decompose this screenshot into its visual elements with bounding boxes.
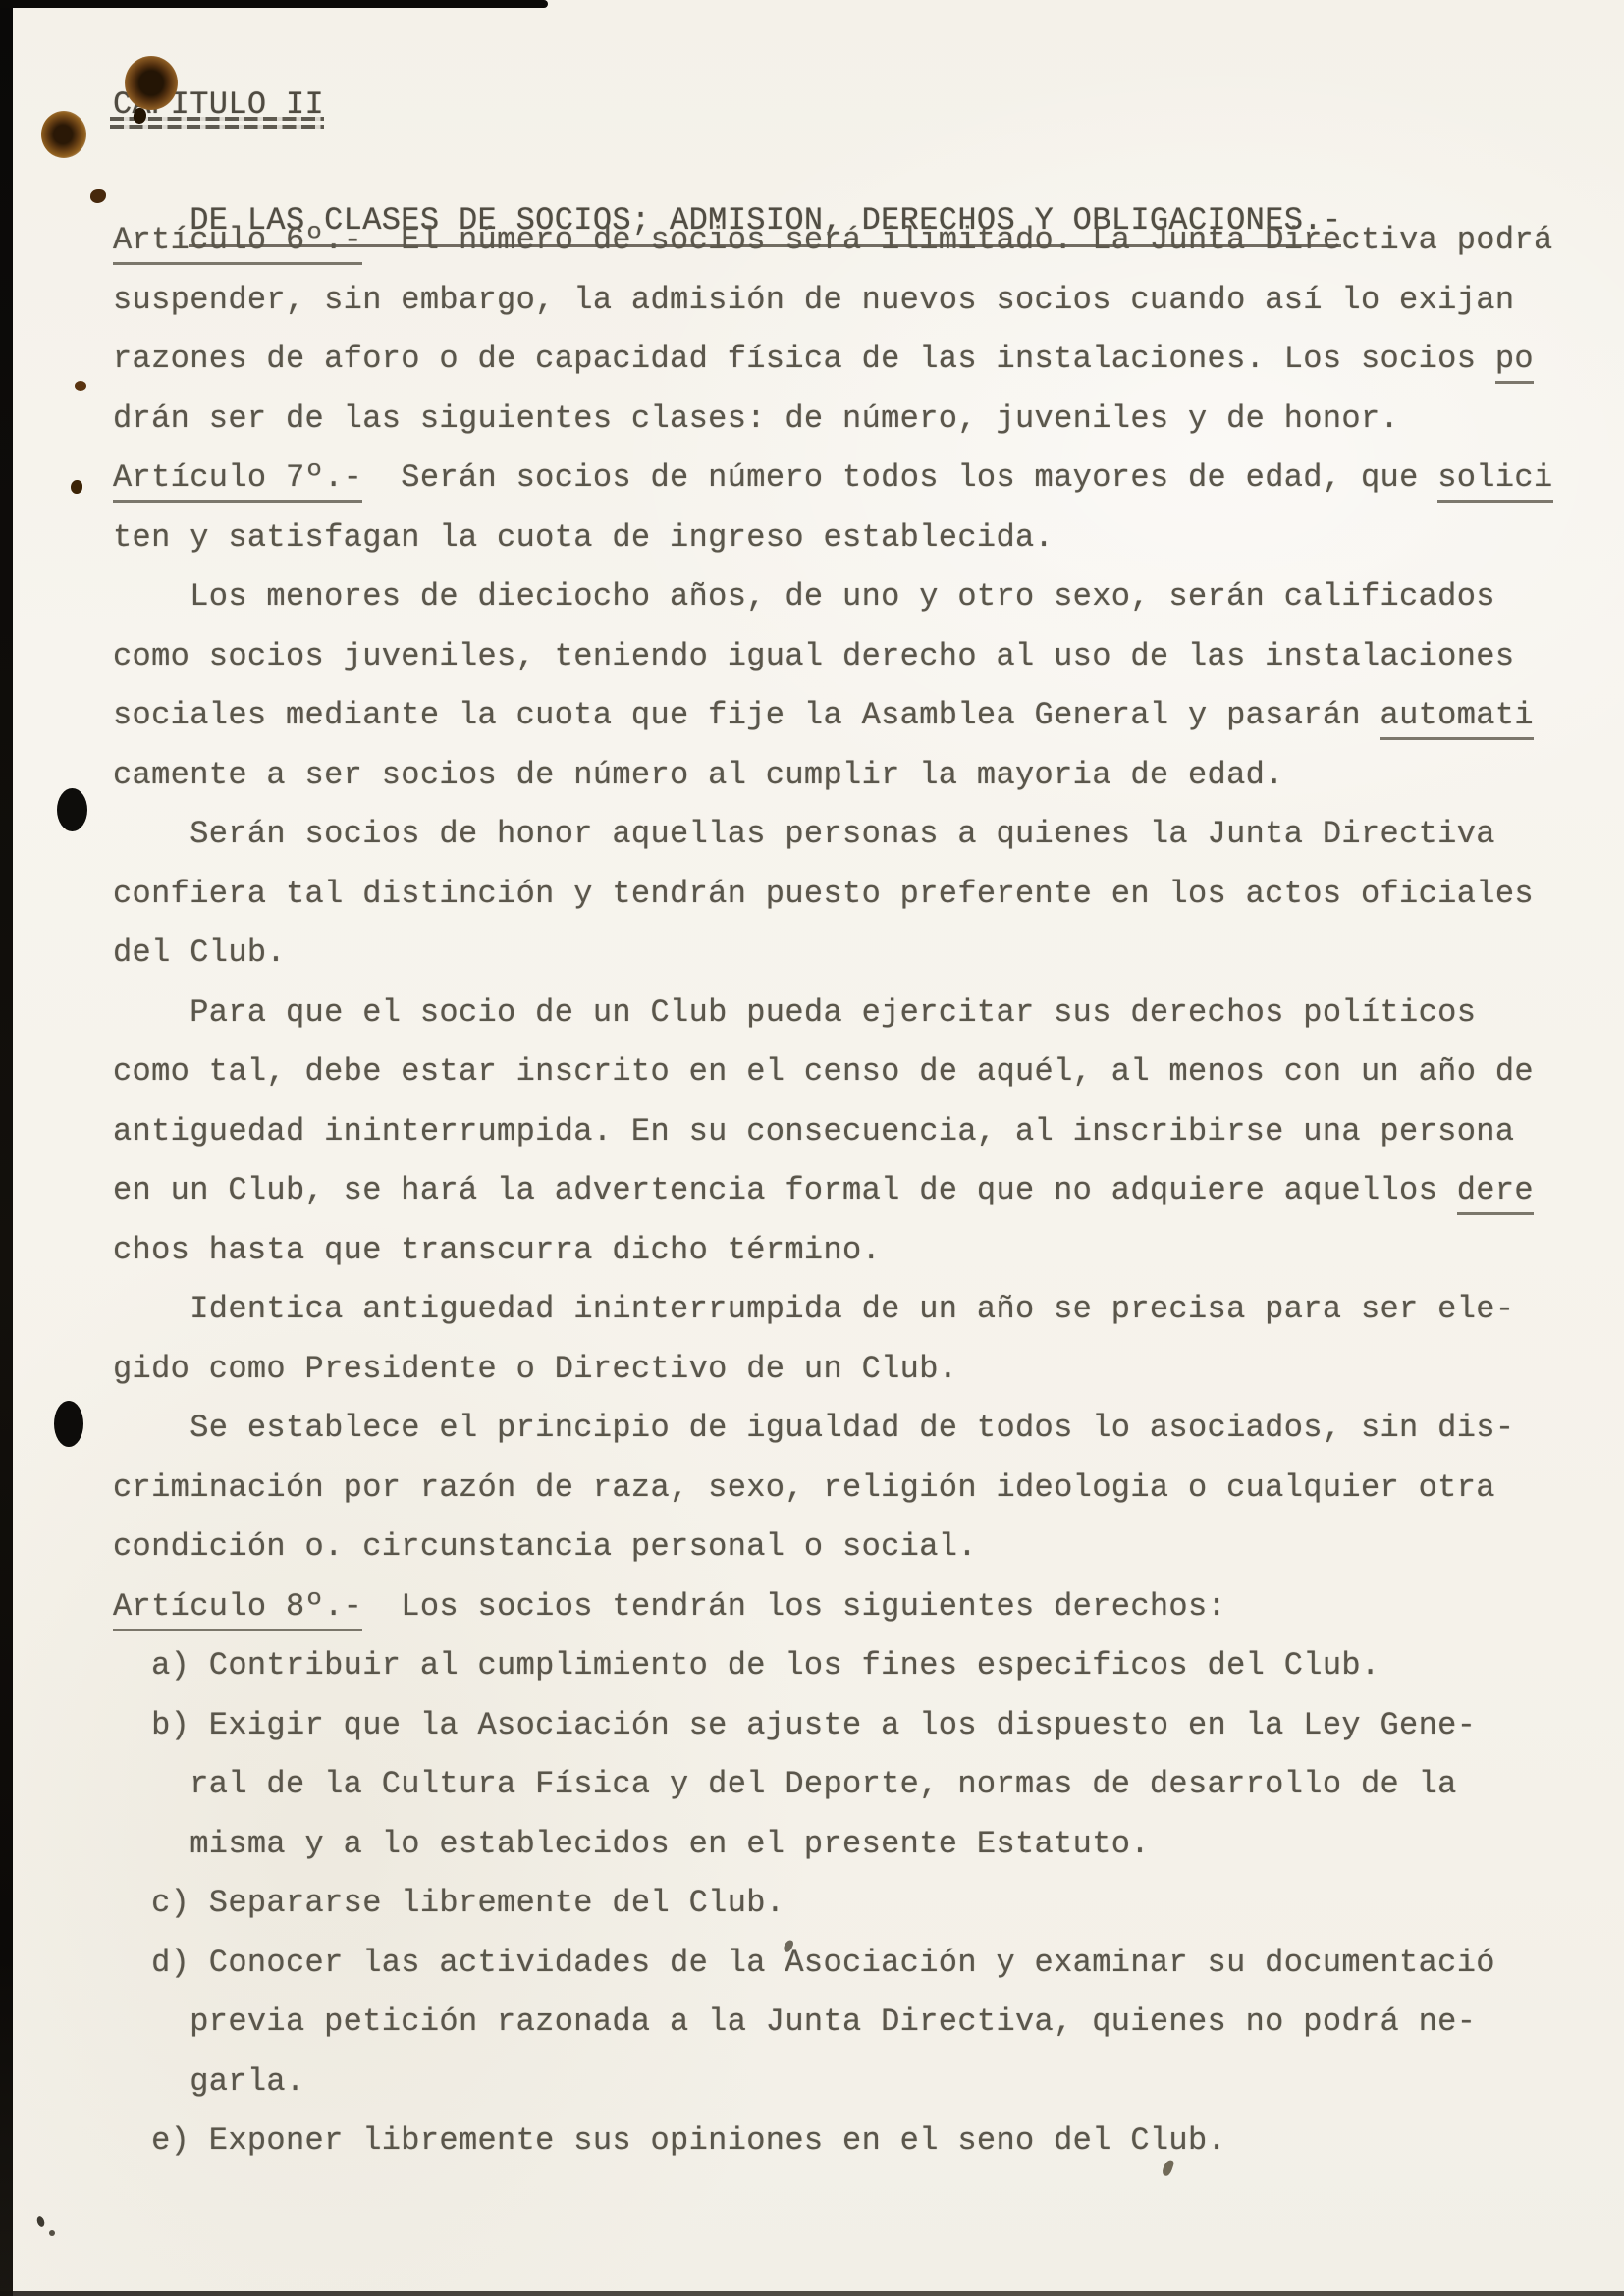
- text-line: e) Exponer libremente sus opiniones en e…: [113, 2111, 1624, 2171]
- text-line: razones de aforo o de capacidad física d…: [113, 330, 1624, 390]
- scan-edge-top: [0, 0, 548, 8]
- hole-punch-mark-bottom: [54, 1401, 83, 1447]
- text-line: a) Contribuir al cumplimiento de los fin…: [113, 1636, 1624, 1696]
- text-line: Para que el socio de un Club pueda ejerc…: [113, 984, 1624, 1043]
- text-line: ten y satisfagan la cuota de ingreso est…: [113, 508, 1624, 568]
- speck-bottom-left-1: [35, 2216, 45, 2228]
- text-line: Se establece el principio de igualdad de…: [113, 1399, 1624, 1459]
- text-line: Los menores de dieciocho años, de uno y …: [113, 567, 1624, 627]
- hole-punch-mark-top: [57, 788, 87, 831]
- text-line: c) Separarse libremente del Club.: [113, 1874, 1624, 1934]
- text-line: como tal, debe estar inscrito en el cens…: [113, 1042, 1624, 1102]
- burn-spot-large: [125, 56, 178, 110]
- underlined-fragment: solici: [1437, 459, 1552, 503]
- speck-bottom-left-2: [49, 2230, 55, 2236]
- text-line: antiguedad ininterrumpida. En su consecu…: [113, 1102, 1624, 1162]
- ink-speck-margin-1: [75, 381, 86, 391]
- text-line: sociales mediante la cuota que fije la A…: [113, 686, 1624, 746]
- text-line: Identica antiguedad ininterrumpida de un…: [113, 1280, 1624, 1340]
- text-line: Artículo 7º.- Serán socios de número tod…: [113, 449, 1624, 508]
- text-line: misma y a lo establecidos en el presente…: [113, 1815, 1624, 1875]
- text-line: Artículo 6º.- El número de socios será i…: [113, 211, 1624, 271]
- text-line: Artículo 8º.- Los socios tendrán los sig…: [113, 1577, 1624, 1637]
- text-line: ral de la Cultura Física y del Deporte, …: [113, 1755, 1624, 1815]
- text-line: drán ser de las siguientes clases: de nú…: [113, 390, 1624, 450]
- scan-edge-left: [0, 0, 13, 2296]
- underlined-fragment: dere: [1457, 1172, 1534, 1215]
- text-line: Serán socios de honor aquellas personas …: [113, 805, 1624, 865]
- ink-speck-margin-2: [71, 480, 82, 494]
- document-body: Artículo 6º.- El número de socios será i…: [113, 211, 1624, 2171]
- text-line: camente a ser socios de número al cumpli…: [113, 746, 1624, 806]
- text-line: en un Club, se hará la advertencia forma…: [113, 1161, 1624, 1221]
- text-line: confiera tal distinción y tendrán puesto…: [113, 865, 1624, 925]
- text-line: chos hasta que transcurra dicho término.: [113, 1221, 1624, 1281]
- underlined-fragment: Artículo 6º.-: [113, 222, 362, 265]
- scanned-document-page: CAPITULO II DE LAS CLASES DE SOCIOS; ADM…: [0, 0, 1624, 2296]
- ink-speck-on-title: [90, 189, 106, 203]
- text-line: gido como Presidente o Directivo de un C…: [113, 1340, 1624, 1400]
- underlined-fragment: Artículo 7º.-: [113, 459, 362, 503]
- underlined-fragment: Artículo 8º.-: [113, 1588, 362, 1631]
- text-line: garla.: [113, 2053, 1624, 2112]
- underlined-fragment: automati: [1380, 697, 1534, 740]
- text-line: del Club.: [113, 924, 1624, 984]
- underlined-fragment: po: [1495, 341, 1534, 384]
- text-line: d) Conocer las actividades de la Asociac…: [113, 1934, 1624, 1994]
- scan-edge-bottom: [0, 2291, 1624, 2296]
- text-line: como socios juveniles, teniendo igual de…: [113, 627, 1624, 687]
- text-line: previa petición razonada a la Junta Dire…: [113, 1993, 1624, 2053]
- text-line: condición o. circunstancia personal o so…: [113, 1518, 1624, 1577]
- text-line: b) Exigir que la Asociación se ajuste a …: [113, 1696, 1624, 1756]
- text-line: criminación por razón de raza, sexo, rel…: [113, 1459, 1624, 1519]
- text-line: suspender, sin embargo, la admisión de n…: [113, 271, 1624, 331]
- burn-spot-small: [41, 111, 86, 158]
